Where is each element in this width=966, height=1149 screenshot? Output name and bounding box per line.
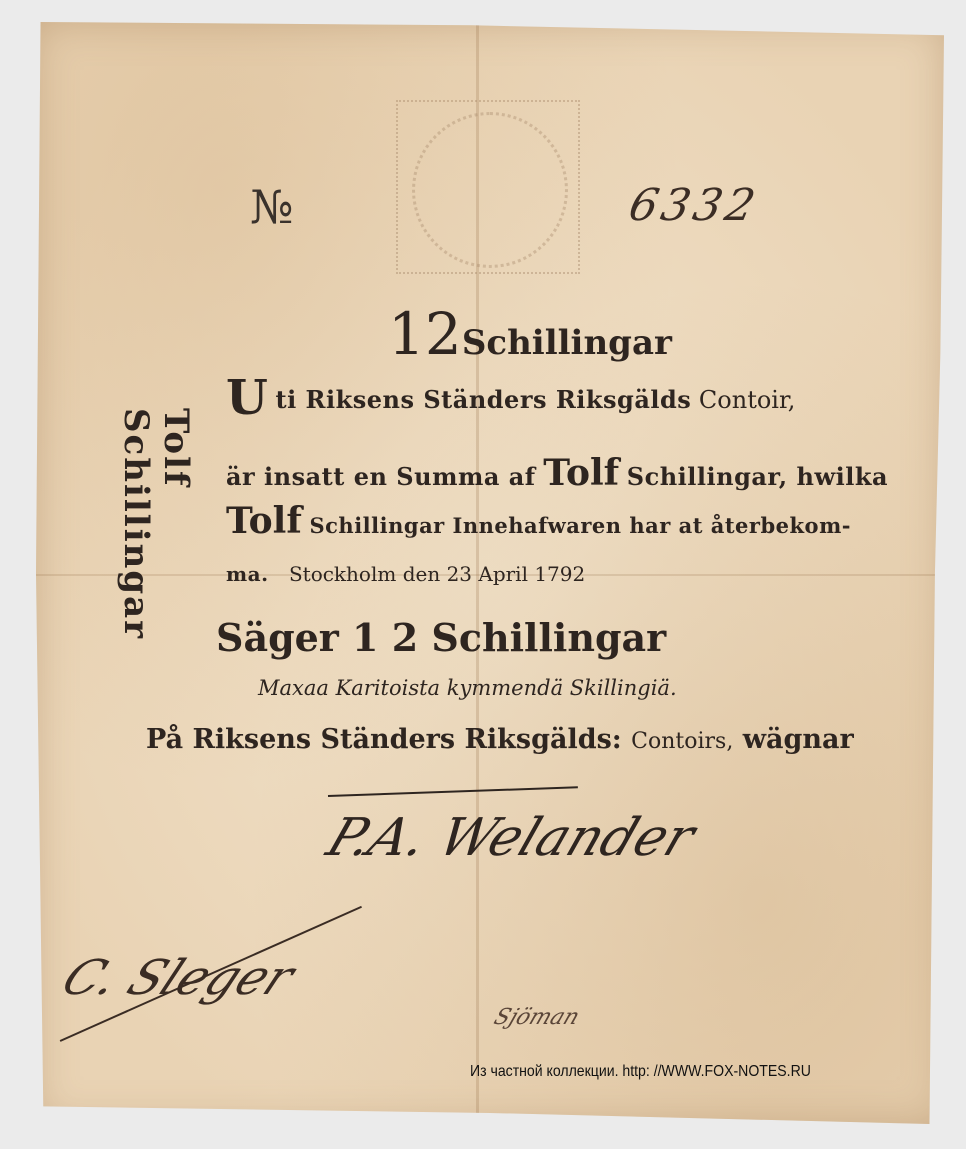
- initial-letter: U: [226, 370, 268, 426]
- serial-number: 6332: [625, 180, 764, 231]
- authority-pre: På Riksens Ständers Riksgälds:: [146, 724, 622, 755]
- lower-small-signature: Sjöman: [490, 1005, 582, 1030]
- body-line-4: ma. Stockholm den 23 April 1792: [226, 562, 585, 586]
- seal-ring: [412, 112, 568, 268]
- number-label: №: [250, 180, 294, 234]
- authority-post: wägnar: [743, 724, 854, 755]
- side-text-vertical: Tolf Schillingar: [146, 408, 196, 688]
- line-2-post: Schillingar, hwilka: [627, 462, 888, 491]
- place-date: Stockholm den 23 April 1792: [289, 562, 585, 586]
- embossed-seal: [396, 100, 580, 274]
- authority-roman: Contoirs,: [631, 729, 733, 754]
- line-1-roman: Contoir,: [699, 386, 796, 414]
- finnish-text: Maxaa Karitoista kymmendä Skillingiä.: [258, 676, 677, 700]
- line-3-post: Schillingar Innehafwaren har at återbeko…: [309, 513, 851, 538]
- collection-watermark: Из частной коллекции. http: //WWW.FOX-NO…: [470, 1063, 811, 1081]
- main-signature: P.A. Welander: [319, 808, 702, 868]
- authority-line: På Riksens Ständers Riksgälds: Contoirs,…: [146, 724, 854, 755]
- lower-left-signature: C. Sleger: [53, 950, 303, 1006]
- denomination-heading: 12Schillingar: [388, 300, 672, 368]
- denomination-value: 12: [388, 300, 462, 368]
- denomination-unit: Schillingar: [462, 323, 672, 363]
- body-line-1: U ti Riksens Ständers Riksgälds Contoir,: [226, 370, 795, 426]
- body-line-3: Tolf Schillingar Innehafwaren har at åte…: [226, 500, 851, 542]
- line-1-text: ti Riksens Ständers Riksgälds: [276, 385, 692, 414]
- line-2-emph: Tolf: [543, 452, 619, 494]
- line-3-emph: Tolf: [226, 500, 302, 542]
- amount-summary: Säger 1 2 Schillingar: [216, 615, 666, 660]
- body-line-2: är insatt en Summa af Tolf Schillingar, …: [226, 452, 888, 494]
- line-4-pre: ma.: [226, 562, 269, 586]
- line-2-pre: är insatt en Summa af: [226, 462, 536, 491]
